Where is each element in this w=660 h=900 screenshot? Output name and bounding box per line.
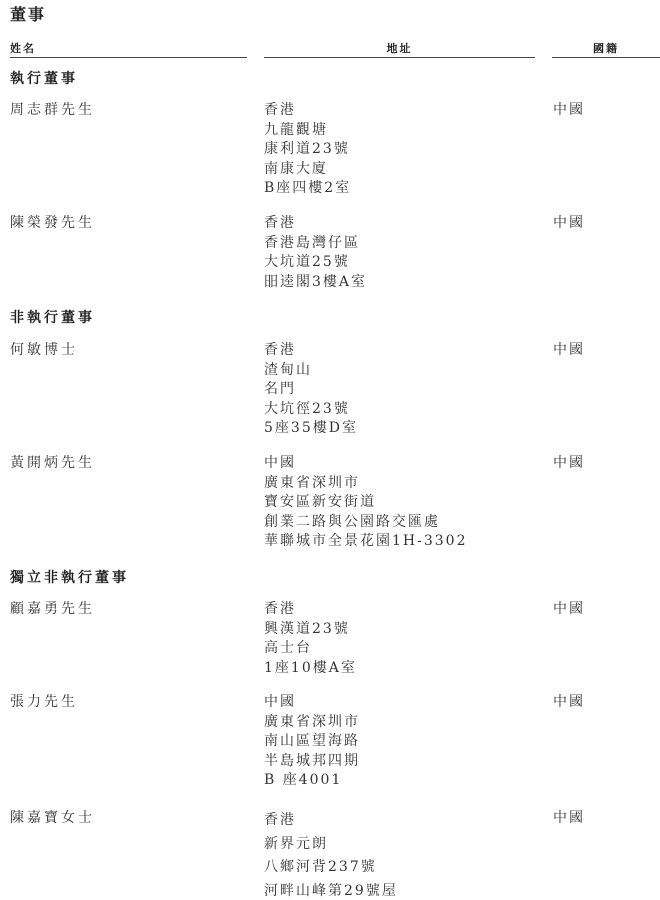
director-nationality: 中國: [553, 600, 585, 620]
director-name: 顧嘉勇先生: [10, 600, 95, 620]
director-address: 香港 九龍觀塘 康利道23號 南康大廈 B座四樓2室: [264, 101, 351, 199]
address-line: 廣東省深圳市: [264, 474, 467, 494]
address-line: 5座35樓D室: [264, 419, 358, 439]
address-line: 香港島灣仔區: [264, 234, 367, 254]
address-line: 河畔山峰第29號屋: [264, 880, 398, 900]
section-heading-independent: 獨立非執行董事: [10, 567, 129, 587]
address-line: 香港: [264, 809, 398, 833]
address-line: 大坑道25號: [264, 253, 367, 273]
address-line: 半島城邦四期: [264, 752, 360, 772]
director-nationality: 中國: [553, 101, 585, 121]
director-name: 陳嘉寶女士: [10, 809, 95, 829]
column-header-name: 姓名: [10, 40, 247, 58]
address-line: 創業二路與公園路交匯處: [264, 513, 467, 533]
director-nationality: 中國: [553, 454, 585, 474]
address-line: 香港: [264, 214, 367, 234]
director-address: 中國 廣東省深圳市 南山區望海路 半島城邦四期 B 座4001: [264, 693, 360, 791]
address-line: 1座10樓A室: [264, 659, 357, 679]
director-nationality: 中國: [553, 214, 585, 234]
director-address: 香港 興漢道23號 高士台 1座10樓A室: [264, 600, 357, 678]
column-header-address: 地址: [264, 40, 535, 58]
director-nationality: 中國: [553, 341, 585, 361]
address-line: 南山區望海路: [264, 732, 360, 752]
director-name: 張力先生: [10, 693, 78, 713]
column-header-nationality: 國籍: [552, 40, 660, 58]
section-heading-executive: 執行董事: [10, 68, 78, 88]
address-line: 中國: [264, 454, 467, 474]
address-line: 華聯城市全景花園1H-3302: [264, 532, 467, 552]
page-title: 董事: [10, 2, 46, 25]
address-line: 新界元朗: [264, 833, 398, 857]
director-nationality: 中國: [553, 693, 585, 713]
address-line: 九龍觀塘: [264, 121, 351, 141]
address-line: 南康大廈: [264, 160, 351, 180]
address-line: B座四樓2室: [264, 179, 351, 199]
address-line: 廣東省深圳市: [264, 713, 360, 733]
address-line: 中國: [264, 693, 360, 713]
director-name: 周志群先生: [10, 101, 95, 121]
director-address: 香港 新界元朗 八鄉河背237號 河畔山峰第29號屋: [264, 809, 398, 900]
address-line: 大坑徑23號: [264, 400, 358, 420]
director-name: 何敏博士: [10, 341, 78, 361]
address-line: 康利道23號: [264, 140, 351, 160]
director-address: 香港 渣甸山 名門 大坑徑23號 5座35樓D室: [264, 341, 358, 439]
address-line: 寶安區新安街道: [264, 493, 467, 513]
director-nationality: 中國: [553, 809, 585, 829]
section-heading-non-executive: 非執行董事: [10, 307, 95, 327]
address-line: 渣甸山: [264, 361, 358, 381]
address-line: 昍逵閣3樓A室: [264, 273, 367, 293]
address-line: 高士台: [264, 639, 357, 659]
director-name: 黃開炳先生: [10, 454, 95, 474]
director-address: 香港 香港島灣仔區 大坑道25號 昍逵閣3樓A室: [264, 214, 367, 292]
address-line: B 座4001: [264, 771, 360, 791]
address-line: 香港: [264, 600, 357, 620]
director-address: 中國 廣東省深圳市 寶安區新安街道 創業二路與公園路交匯處 華聯城市全景花園1H…: [264, 454, 467, 552]
address-line: 香港: [264, 341, 358, 361]
address-line: 名門: [264, 380, 358, 400]
address-line: 香港: [264, 101, 351, 121]
address-line: 興漢道23號: [264, 620, 357, 640]
director-name: 陳榮發先生: [10, 214, 95, 234]
address-line: 八鄉河背237號: [264, 856, 398, 880]
